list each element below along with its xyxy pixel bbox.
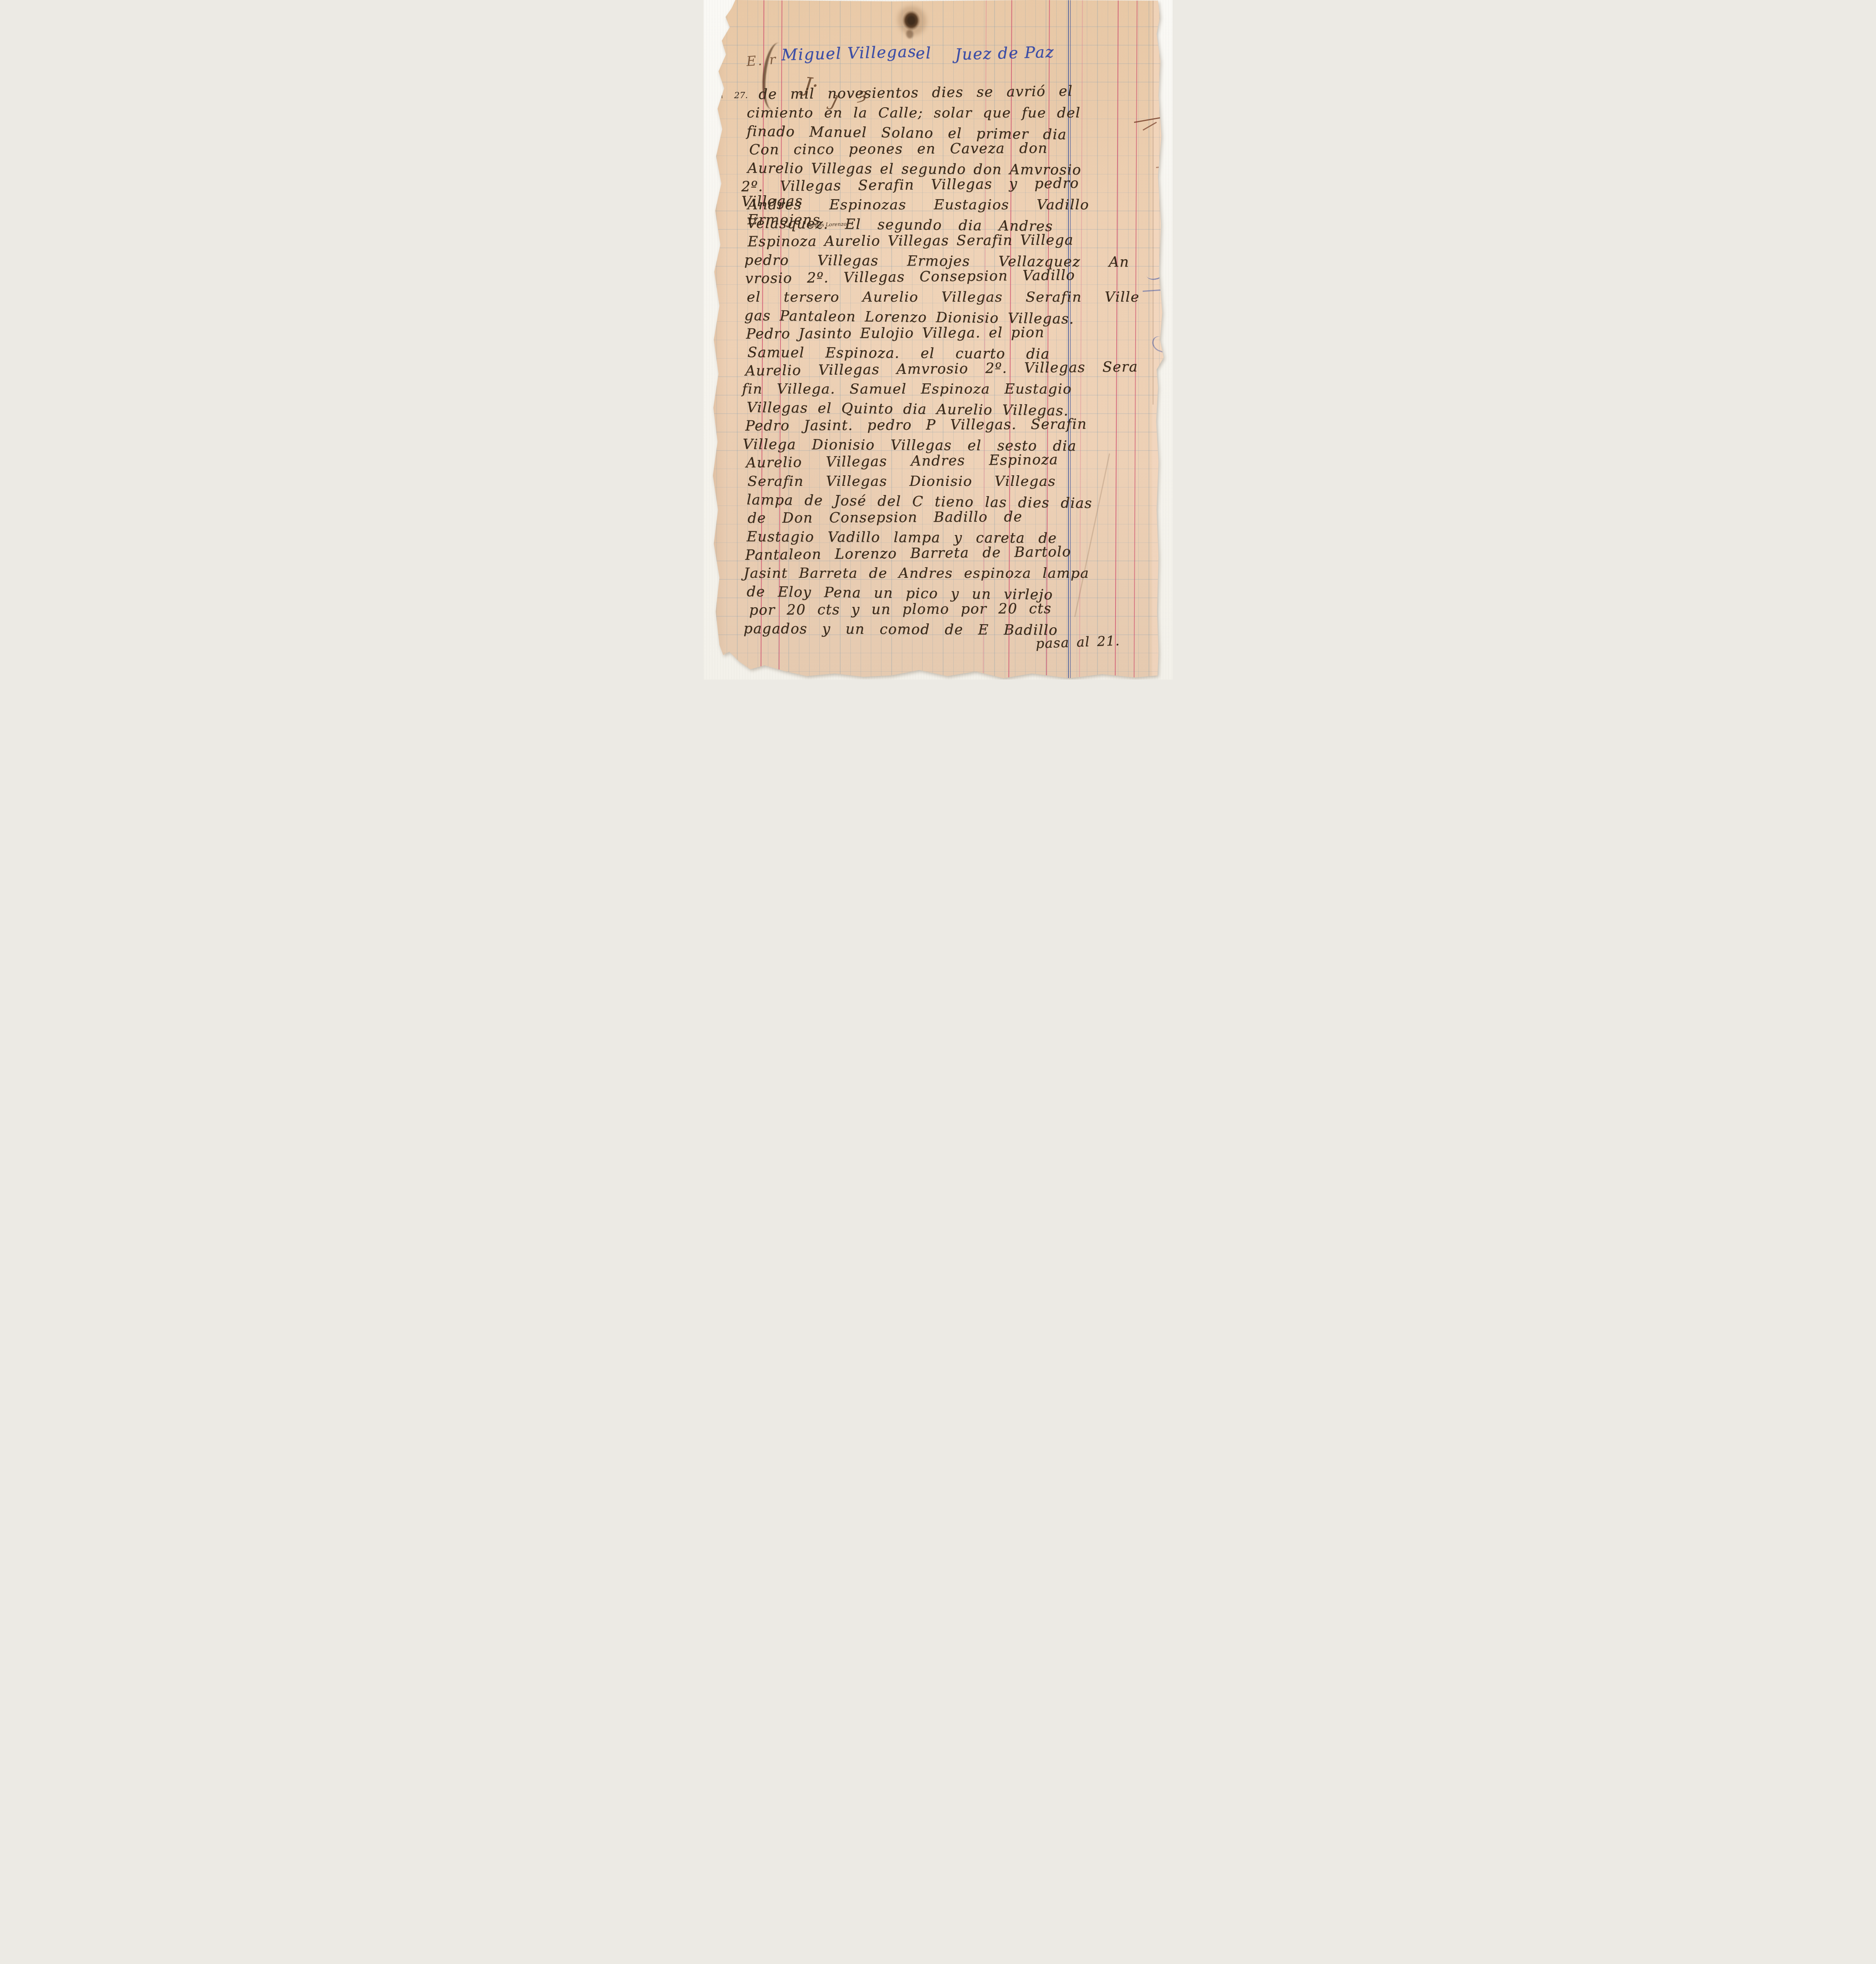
- manuscript-line-16: Aurelio Villegas Amvrosio 2º. Villegas S…: [745, 359, 1138, 378]
- manuscript-line-3: finado Manuel Solano el primer dia: [747, 124, 1067, 142]
- manuscript-line-1: de mil novesientos dies se avrió el: [758, 84, 1073, 102]
- margin-left-tick: m: [717, 93, 724, 100]
- red-ruling-line: [1163, 0, 1166, 680]
- manuscript-line-30: pagados y un comod de E Badillo: [744, 621, 1058, 638]
- header-segment: Miguel Villegas: [781, 44, 917, 63]
- manuscript-line-29: por 20 cts y un plomo por 20 cts: [749, 601, 1052, 618]
- document-scan: J· J ȝ E. r Miguel VillegaselJuez de Paz…: [703, 0, 1172, 680]
- header-segment: Juez de Paz: [955, 44, 1055, 63]
- manuscript-line-4: Con cinco peones en Caveza don: [749, 141, 1048, 158]
- header-segment: el: [915, 45, 932, 61]
- manuscript-line-14: Pedro Jasinto Eulojio Villega. el pion: [746, 325, 1044, 342]
- manuscript-line-2: cimiento en la Calle; solar que fue del: [747, 106, 1081, 121]
- margin-entry-number: 27.: [734, 92, 748, 100]
- manuscript-line-21: Aurelio Villegas Andres Espinoza: [746, 453, 1058, 471]
- manuscript-paper: J· J ȝ E. r Miguel VillegaselJuez de Paz…: [703, 0, 1172, 680]
- manuscript-line-15: Samuel Espinoza. el cuarto dia: [747, 345, 1050, 362]
- manuscript-line-17: fin Villega. Samuel Espinoza Eustagio: [742, 382, 1072, 397]
- manuscript-line-20: Villega Dionisio Villegas el sesto dia: [743, 437, 1077, 454]
- manuscript-line-13: gas Pantaleon Lorenzo Dionisio Villegas.: [744, 308, 1074, 327]
- closing-line: pasa al 21.: [1035, 634, 1120, 651]
- manuscript-line-19: Pedro Jasint. pedro P Villegas. Serafin: [745, 417, 1087, 434]
- manuscript-line-28: de Eloy Pena un pico y un virlejo: [747, 584, 1053, 603]
- manuscript-line-18: Villegas el Quinto dia Aurelio Villegas.: [747, 400, 1069, 418]
- manuscript-line-5: Aurelio Villegas el segundo don Amvrosio: [747, 161, 1081, 178]
- paper-wrap: J· J ȝ E. r Miguel VillegaselJuez de Paz…: [703, 0, 1172, 680]
- manuscript-line-23: lampa de José del C tieno las dies dias: [747, 493, 1092, 511]
- manuscript-line-24: de Don Consepsion Badillo de: [747, 509, 1022, 526]
- manuscript-line-8: Velasquez. El segundo dia Andres: [747, 216, 1053, 234]
- manuscript-line-27: Jasint Barreta de Andres espinoza lampa: [744, 566, 1089, 581]
- manuscript-line-12: el tersero Aurelio Villegas Serafin Vill…: [747, 290, 1140, 305]
- manuscript-line-22: Serafin Villegas Dionisio Villegas: [747, 474, 1056, 489]
- manuscript-line-11: vrosio 2º. Villegas Consepsion Vadillo: [745, 268, 1075, 286]
- manuscript-line-25: Eustagio Vadillo lampa y careta de: [747, 529, 1057, 546]
- manuscript-line-9: Espinoza Aurelio Villegas Serafin Villeg…: [747, 233, 1074, 249]
- handwriting-layer: Miguel VillegaselJuez de Paz m 27. Santo…: [703, 0, 1172, 680]
- manuscript-line-26: Pantaleon Lorenzo Barreta de Bartolo: [745, 544, 1071, 562]
